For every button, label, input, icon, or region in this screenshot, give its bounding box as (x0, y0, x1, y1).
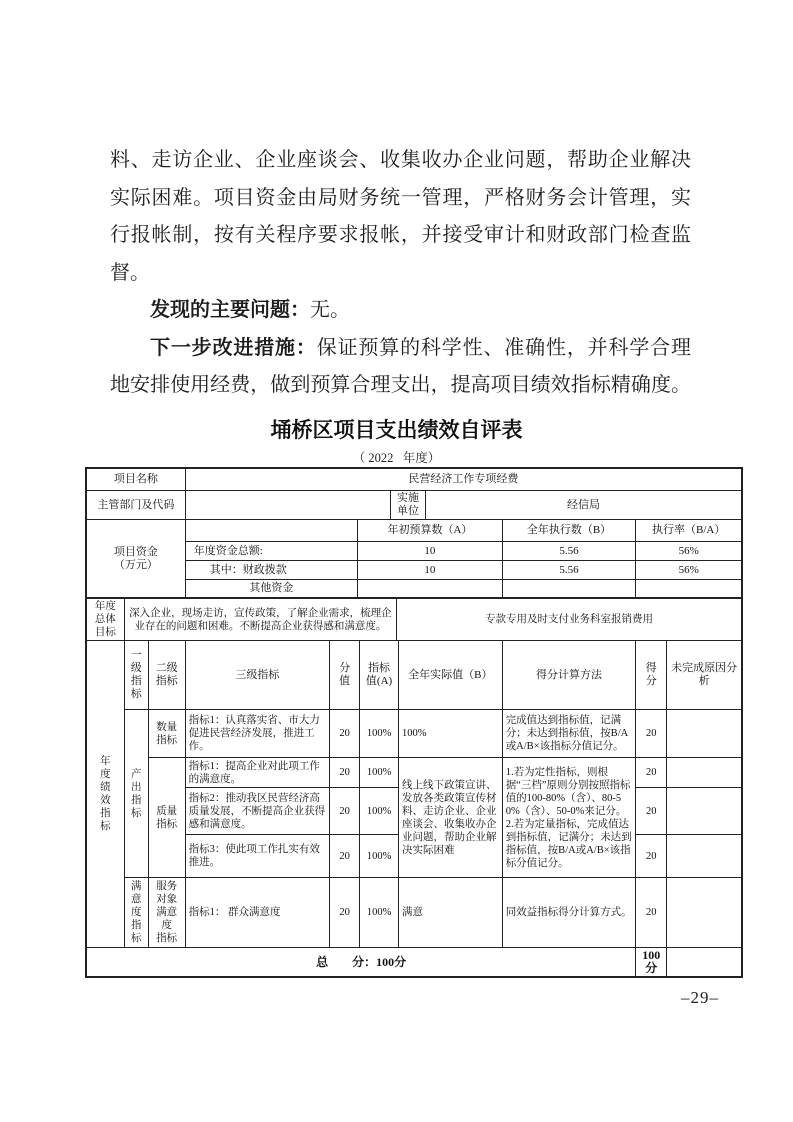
cell-reason (667, 835, 742, 878)
paragraph-line: 实际困难。项目资金由局财务统一管理，严格财务会计管理，实 (110, 180, 691, 218)
cell-reason (667, 710, 742, 758)
cell-funding-label: 项目资金 （万元） (87, 520, 186, 598)
cell-project-name-value: 民营经济工作专项经费 (185, 469, 741, 491)
cell-project-name-label: 项目名称 (87, 469, 186, 491)
cell-fund-budget: 10 (358, 561, 503, 580)
cell-reason (667, 878, 742, 948)
cell-header-level3: 三级指标 (185, 641, 330, 710)
cell-score: 20 (636, 710, 667, 758)
cell-goal-right-text: 专款专用及时支付业务科室报销费用 (396, 598, 741, 641)
cell-header-target-value: 指标 值(A) (360, 641, 399, 710)
cell-score: 20 (636, 788, 667, 835)
section-funding: 项目资金 （万元） 年初预算数（A） 全年执行数（B） 执行率（B/A） 年度资… (86, 519, 742, 598)
cell-group-satisfy: 满 意 度 指 标 (124, 878, 148, 948)
improve-text-1: 保证预算的科学性、准确性，并科学合理 (317, 337, 691, 359)
cell-actual: 100% (399, 710, 503, 758)
cell-fund-exec (502, 580, 636, 598)
cell-merged-actual: 线上线下政策宣讲、发放各类政策宣传材料、走访企业、企业座谈会、收集收办企业问题，… (399, 758, 503, 878)
cell-header-actual: 全年实际值（B） (399, 641, 503, 710)
problems-value: 无。 (310, 299, 350, 321)
cell-target: 100% (360, 878, 399, 948)
cell-total-reason (667, 948, 742, 977)
cell-impl-unit-label: 实施 单位 (391, 491, 426, 520)
cell-col-budget: 年初预算数（A） (358, 520, 503, 542)
cell-fund-row-name: 其中：财政拨款 (185, 561, 357, 580)
cell-total-score: 100 分 (636, 948, 667, 977)
paragraph-line: 行报帐制，按有关程序要求报帐，并接受审计和财政部门检查监 (110, 217, 691, 255)
cell-dept-value (185, 491, 390, 520)
cell-fund-exec: 5.56 (502, 542, 636, 561)
section-indicators: 年 度 绩 效 指 标 一 级 指 标 二级 指标 三级指标 分 值 指标 值(… (86, 640, 742, 977)
cell-total-label: 总 分：100分 (87, 948, 636, 977)
cell-score: 20 (636, 835, 667, 878)
paragraph-line: 督。 (110, 255, 691, 293)
cell-value: 20 (330, 788, 360, 835)
cell-target: 100% (360, 835, 399, 878)
cell-indicator: 指标1：提高企业对此项工作的满意度。 (185, 758, 330, 788)
cell-funding-blank (185, 520, 357, 542)
cell-actual: 满意 (399, 878, 503, 948)
cell-value: 20 (330, 835, 360, 878)
cell-fund-row-name: 其他资金 (185, 580, 357, 598)
cell-score: 20 (636, 878, 667, 948)
improve-line-2: 地安排使用经费，做到预算合理支出，提高项目绩效指标精确度。 (110, 367, 691, 405)
cell-header-level2: 二级 指标 (148, 641, 185, 710)
cell-fund-budget: 10 (358, 542, 503, 561)
cell-indicator: 指标2：推动我区民营经济高质量发展，不断提高企业获得感和满意度。 (185, 788, 330, 835)
cell-score: 20 (636, 758, 667, 788)
cell-indicator: 指标1： 群众满意度 (185, 878, 330, 948)
page-number: –29– (640, 988, 760, 1008)
cell-target: 100% (360, 758, 399, 788)
cell-fund-row-name: 年度资金总额: (185, 542, 357, 561)
cell-group-quality: 质量 指标 (148, 758, 185, 878)
cell-target: 100% (360, 788, 399, 835)
cell-fund-exec: 5.56 (502, 561, 636, 580)
cell-impl-unit-value: 经信局 (425, 491, 741, 520)
cell-target: 100% (360, 710, 399, 758)
section-annual-goal: 年度 总体 目标 深入企业，现场走访，宣传政策，了解企业需求，梳理企业存在的问题… (86, 597, 742, 641)
cell-indicator: 指标3：使此项工作扎实有效推进。 (185, 835, 330, 878)
cell-col-exec: 全年执行数（B） (502, 520, 636, 542)
cell-fund-rate: 56% (636, 542, 742, 561)
cell-value: 20 (330, 710, 360, 758)
cell-merged-method: 1.若为定性指标，则根据“三档”原则分别按照指标值的100-80%（含）、80-… (502, 758, 636, 878)
cell-fund-budget (358, 580, 503, 598)
document-page: 料、走访企业、企业座谈会、收集收办企业问题，帮助企业解决 实际困难。项目资金由局… (0, 0, 793, 1122)
self-evaluation-table: 项目名称 民营经济工作专项经费 主管部门及代码 实施 单位 经信局 项目资金 （… (85, 467, 743, 978)
improve-line-1: 下一步改进措施：保证预算的科学性、准确性，并科学合理 (110, 330, 691, 368)
cell-header-method: 得分计算方法 (502, 641, 636, 710)
cell-col-rate: 执行率（B/A） (636, 520, 742, 542)
body-paragraphs: 料、走访企业、企业座谈会、收集收办企业问题，帮助企业解决 实际困难。项目资金由局… (110, 142, 691, 405)
cell-method: 完成值达到指标值，记满分；未达到指标值，按B/A或A/B×该指标分值记分。 (502, 710, 636, 758)
cell-reason (667, 788, 742, 835)
problems-label: 发现的主要问题： (150, 299, 310, 321)
cell-header-score: 得 分 (636, 641, 667, 710)
cell-fund-rate (636, 580, 742, 598)
cell-goal-text: 深入企业，现场走访，宣传政策，了解企业需求，梳理企业存在的问题和困难。不断提高企… (124, 598, 396, 641)
cell-header-unfinished: 未完成原因分析 (667, 641, 742, 710)
cell-dept-label: 主管部门及代码 (87, 491, 186, 520)
improve-label: 下一步改进措施： (150, 337, 317, 359)
cell-fund-rate: 56% (636, 561, 742, 580)
cell-goal-label: 年度 总体 目标 (87, 598, 125, 641)
cell-method: 同效益指标得分计算方式。 (502, 878, 636, 948)
cell-group-quantity: 数量 指标 (148, 710, 185, 758)
cell-group-service: 服务 对象 满意 度 指标 (148, 878, 185, 948)
table-subtitle: （ 2022 年度） (0, 448, 793, 466)
cell-header-score-value: 分 值 (330, 641, 360, 710)
table-title: 埇桥区项目支出绩效自评表 (0, 414, 793, 444)
cell-value: 20 (330, 758, 360, 788)
cell-group-produce: 产 出 指 标 (124, 710, 148, 878)
cell-value: 20 (330, 878, 360, 948)
section-basic-info: 项目名称 民营经济工作专项经费 主管部门及代码 实施 单位 经信局 (86, 468, 742, 520)
cell-header-level1: 一 级 指 标 (124, 641, 148, 710)
cell-reason (667, 758, 742, 788)
problems-line: 发现的主要问题：无。 (110, 292, 691, 330)
paragraph-line: 料、走访企业、企业座谈会、收集收办企业问题，帮助企业解决 (110, 142, 691, 180)
cell-indicator: 指标1：认真落实省、市大力促进民营经济发展，推进工作。 (185, 710, 330, 758)
cell-annual-perf-label: 年 度 绩 效 指 标 (87, 641, 125, 948)
